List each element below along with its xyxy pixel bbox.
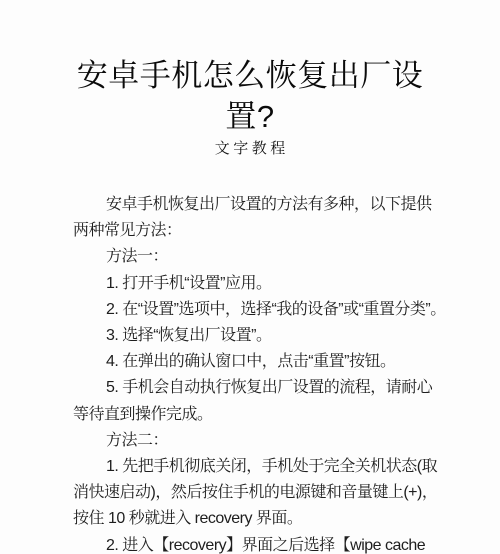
page-title: 安卓手机怎么恢复出厂设 置? <box>0 55 500 137</box>
method2-step-2: 2. 进入【recovery】界面之后选择【wipe cache <box>73 533 445 554</box>
method2-step-1-c: 按住 10 秒就进入 recovery 界面。 <box>73 506 445 532</box>
method1-heading: 方法一： <box>73 244 445 270</box>
page-title-line-2: 置? <box>0 96 500 137</box>
intro-line-1: 安卓手机恢复出厂设置的方法有多种，以下提供 <box>73 192 445 218</box>
method1-step-5-a: 5. 手机会自动执行恢复出厂设置的流程，请耐心 <box>73 375 445 401</box>
page-subtitle: 文字教程 <box>0 138 500 159</box>
method1-step-5-b: 等待直到操作完成。 <box>73 402 445 428</box>
article-body: 安卓手机恢复出厂设置的方法有多种，以下提供 两种常见方法： 方法一： 1. 打开… <box>73 192 445 554</box>
method1-step-4: 4. 在弹出的确认窗口中，点击“重置”按钮。 <box>73 349 445 375</box>
method1-step-2: 2. 在“设置”选项中，选择“我的设备”或“重置分类”。 <box>73 297 445 323</box>
method2-heading: 方法二： <box>73 428 445 454</box>
intro-line-2: 两种常见方法： <box>73 218 445 244</box>
article-page: 安卓手机怎么恢复出厂设 置? 文字教程 安卓手机恢复出厂设置的方法有多种，以下提… <box>0 0 500 554</box>
method2-step-1-a: 1. 先把手机彻底关闭，手机处于完全关机状态(取 <box>73 454 445 480</box>
method1-step-3: 3. 选择“恢复出厂设置”。 <box>73 323 445 349</box>
page-title-line-1: 安卓手机怎么恢复出厂设 <box>0 55 500 96</box>
method1-step-1: 1. 打开手机“设置”应用。 <box>73 271 445 297</box>
method2-step-1-b: 消快速启动)，然后按住手机的电源键和音量键上(+)， <box>73 480 445 506</box>
